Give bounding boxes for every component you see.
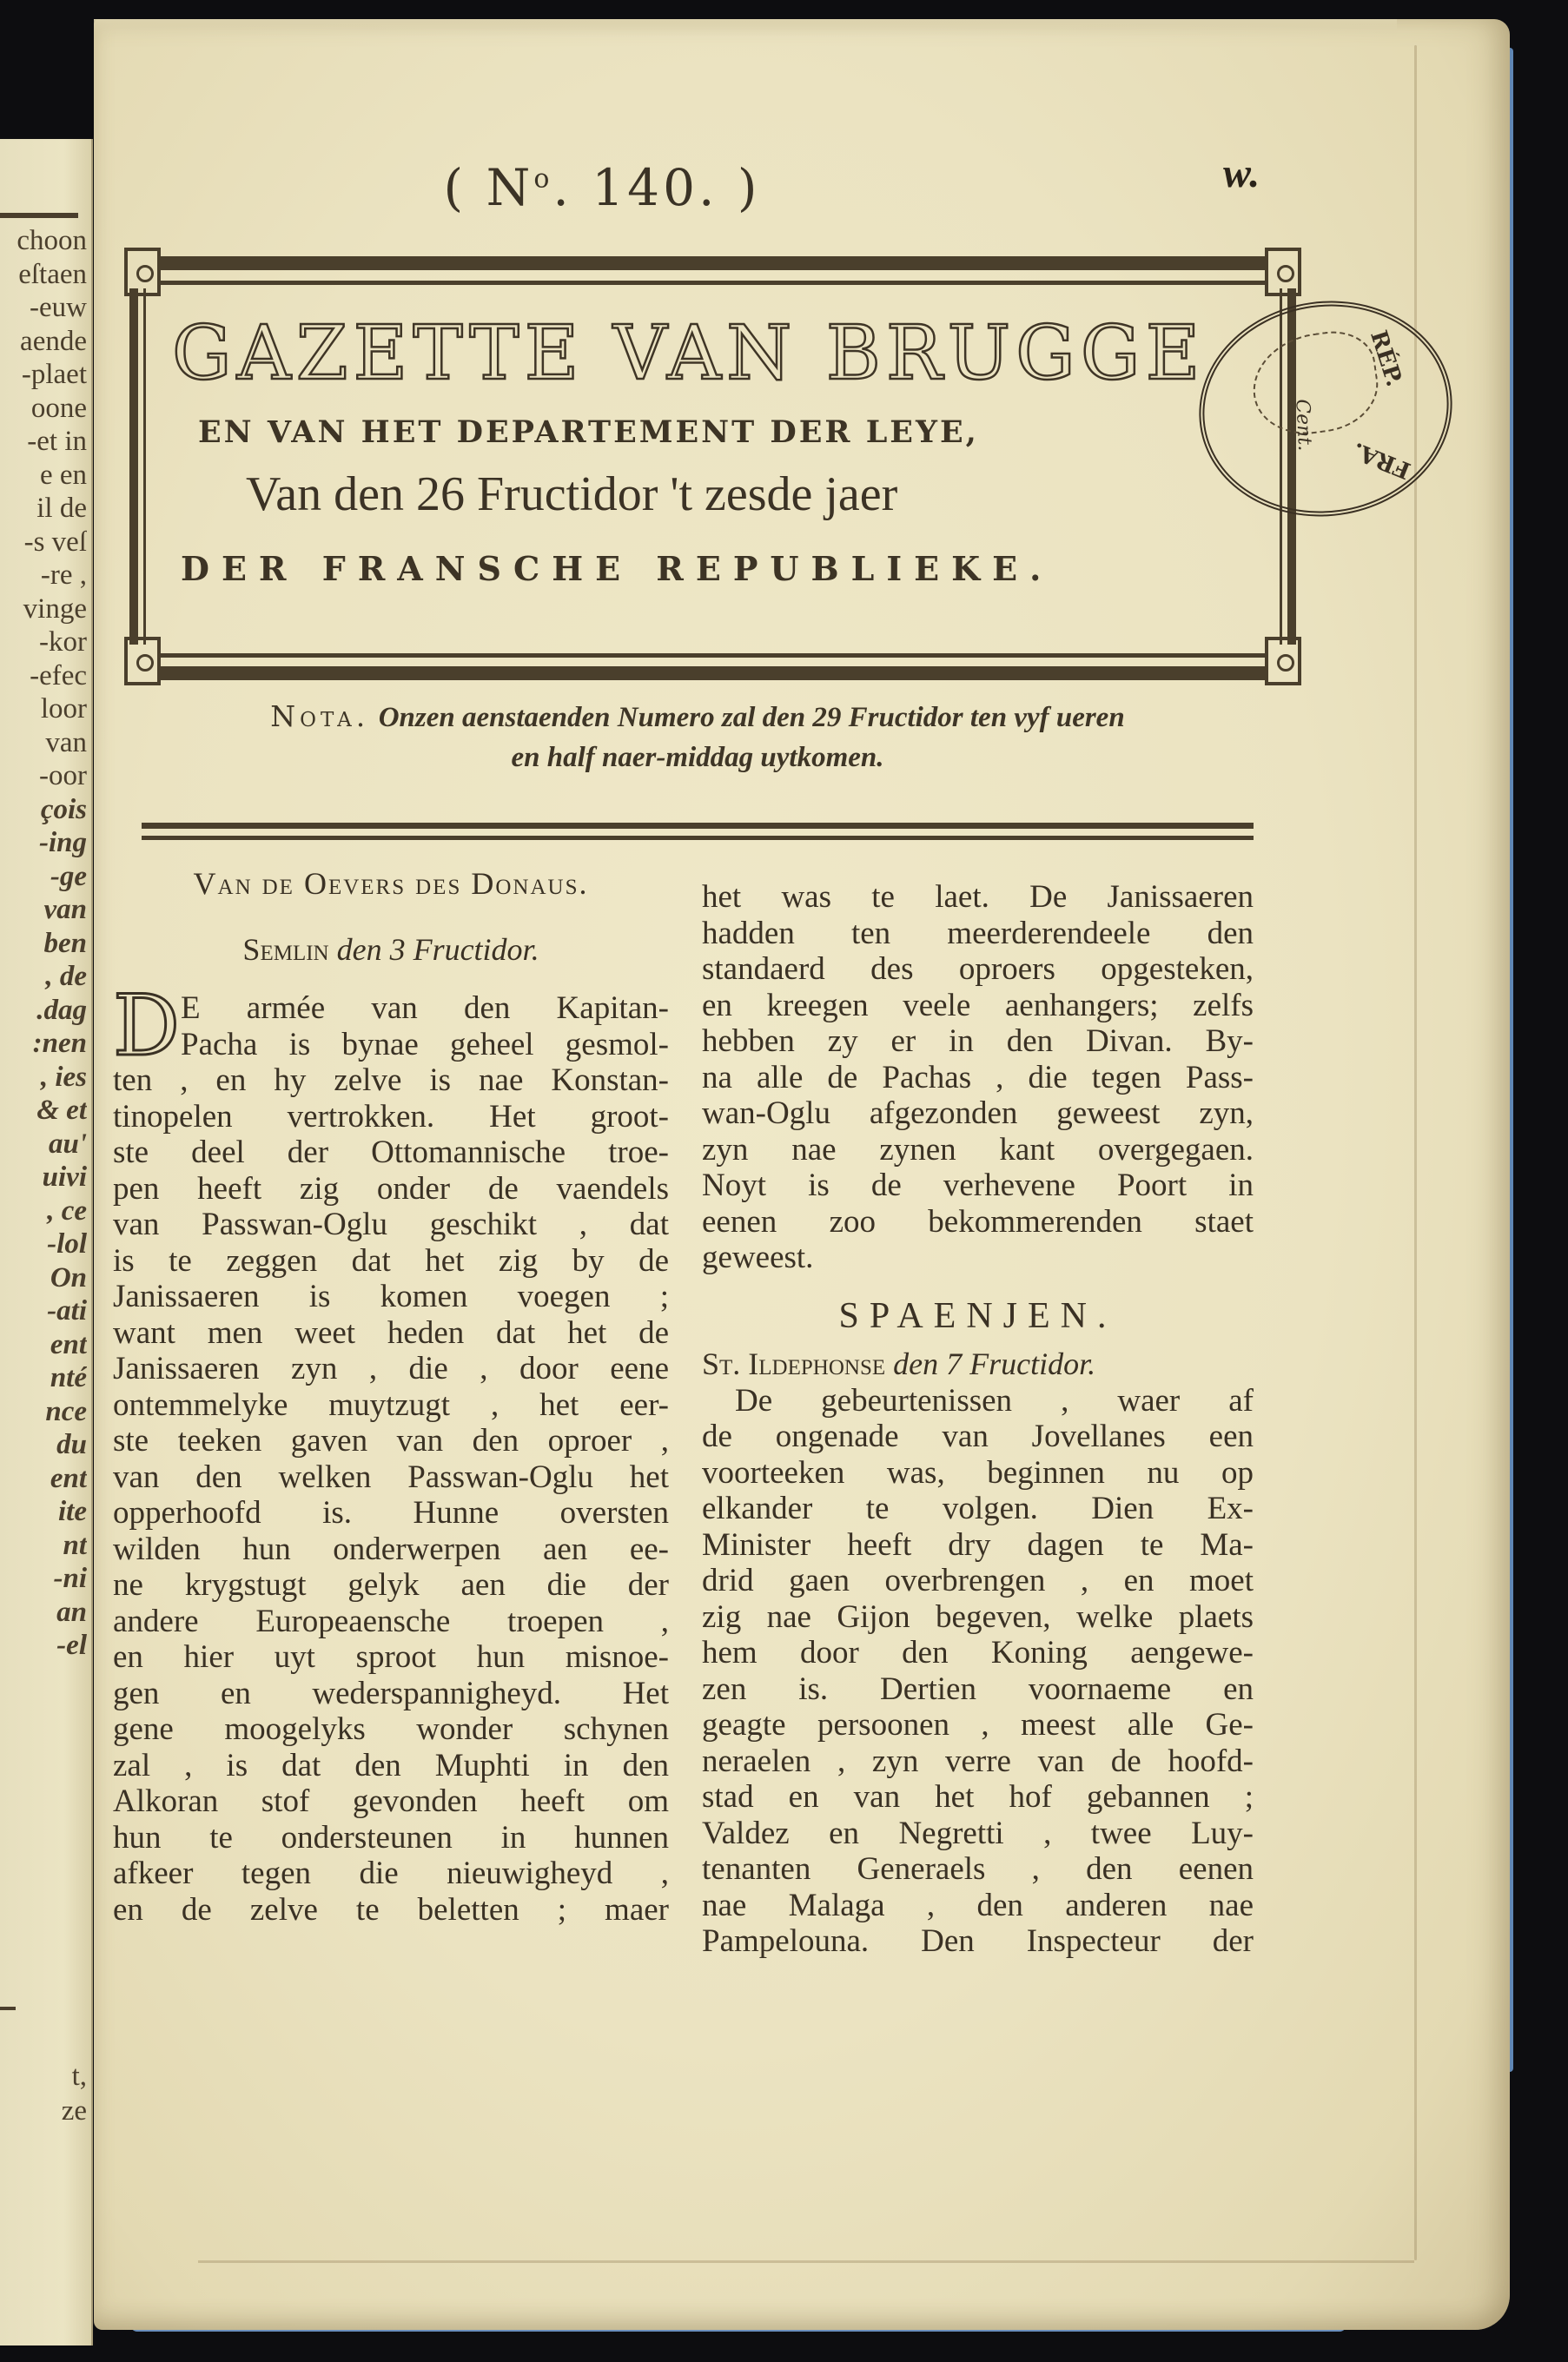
facing-page-tail-text: t, ze bbox=[0, 2059, 87, 2128]
text-line: gen en wederspannigheyd. Het bbox=[113, 1676, 669, 1712]
issue-number: ( No. 140. ) bbox=[94, 158, 1110, 217]
facing-page-line: ing- bbox=[0, 826, 87, 860]
corner-ornament-icon bbox=[1265, 248, 1301, 296]
facing-page-line: ati- bbox=[0, 1294, 87, 1328]
facing-page-line: ies , bbox=[0, 1061, 87, 1095]
frame-rule bbox=[159, 281, 1267, 285]
text-line: gene moogelyks wonder schynen bbox=[113, 1711, 669, 1748]
separator-rule bbox=[142, 836, 1254, 840]
facing-page-line: s veſ- bbox=[0, 526, 87, 559]
facing-page-line: oor- bbox=[0, 759, 87, 793]
frame-rule bbox=[159, 653, 1267, 658]
text-line: Noyt is de verhevene Poort in bbox=[702, 1168, 1254, 1204]
facing-page-line: loor bbox=[0, 692, 87, 726]
text-line: en kreegen veele aenhangers; zelfs bbox=[702, 988, 1254, 1024]
issue-date-line: Van den 26 Fructidor 't zesde jaer bbox=[246, 466, 897, 522]
facing-page-line: ent bbox=[0, 1328, 87, 1362]
facing-page-line: el- bbox=[0, 1629, 87, 1663]
facing-page-line: nen: bbox=[0, 1027, 87, 1061]
text-line: geweest. bbox=[702, 1240, 1254, 1276]
text-line: van den welken Passwan-Oglu het bbox=[113, 1459, 669, 1496]
text-line: en hier uyt sproot hun misnoe- bbox=[113, 1639, 669, 1676]
text-line: want men weet heden dat het de bbox=[113, 1315, 669, 1352]
facing-page-line: ent bbox=[0, 1462, 87, 1496]
text-line: na alle de Pachas , die tegen Pass- bbox=[702, 1060, 1254, 1096]
facing-page-line: nce bbox=[0, 1395, 87, 1429]
drop-cap: D bbox=[113, 990, 180, 1062]
nota-notice: Nota. Onzen aenstaenden Numero zal den 2… bbox=[146, 697, 1249, 777]
newspaper-title: GAZETTE VAN BRUGGE bbox=[172, 310, 1258, 397]
corner-ornament-icon bbox=[124, 248, 161, 296]
facing-page-line: çois bbox=[0, 793, 87, 827]
facing-page-line: eſtaen bbox=[0, 258, 87, 292]
separator-rule bbox=[142, 823, 1254, 829]
text-line: ste deel der Ottomannische troe- bbox=[113, 1135, 669, 1171]
facing-page-line: uivi bbox=[0, 1161, 87, 1194]
text-line: het was te laet. De Janissaeren bbox=[702, 879, 1254, 916]
text-line: Janissaeren zyn , die , door eene bbox=[113, 1351, 669, 1387]
text-line: stad en van het hof gebannen ; bbox=[702, 1779, 1254, 1816]
text-line: hebben zy er in den Divan. By- bbox=[702, 1023, 1254, 1060]
text-line: nae Malaga , den anderen nae bbox=[702, 1888, 1254, 1924]
facing-page-line: de , bbox=[0, 960, 87, 994]
facing-page-line: lol- bbox=[0, 1227, 87, 1261]
text-line: zig nae Gijon begeven, welke plaets bbox=[702, 1599, 1254, 1636]
text-line: Alkoran stof gevonden heeft om bbox=[113, 1783, 669, 1820]
facing-page-line: e en bbox=[0, 459, 87, 493]
text-line: Pampelouna. Den Inspecteur der bbox=[702, 1923, 1254, 1960]
frame-rule bbox=[159, 666, 1267, 680]
facing-page-line: nt bbox=[0, 1529, 87, 1563]
text-line: drid gaen overbrengen , en moet bbox=[702, 1563, 1254, 1599]
facing-page-line: kor- bbox=[0, 625, 87, 659]
facing-page-line: efec- bbox=[0, 659, 87, 693]
text-line: wan-Oglu afgezonden geweest zyn, bbox=[702, 1095, 1254, 1132]
text-line: ste teeken gaven van den oproer , bbox=[113, 1423, 669, 1459]
text-line: eenen zoo bekommerenden staet bbox=[702, 1204, 1254, 1241]
facing-page-line: , re- bbox=[0, 559, 87, 592]
newspaper-page: ( No. 140. ) w. GAZETTE VAN BRUGGE EN VA… bbox=[94, 19, 1510, 2330]
text-line: wilden hun onderwerpen aen ee- bbox=[113, 1532, 669, 1568]
text-line: zyn nae zynen kant overgegaen. bbox=[702, 1132, 1254, 1168]
text-line: Minister heeft dry dagen te Ma- bbox=[702, 1527, 1254, 1564]
facing-page-line: ce , bbox=[0, 1194, 87, 1228]
facing-page-line: van bbox=[0, 726, 87, 760]
facing-page-line: plaet- bbox=[0, 358, 87, 392]
corner-ornament-icon bbox=[124, 637, 161, 685]
text-line: voorteeken was, beginnen nu op bbox=[702, 1455, 1254, 1492]
text-line: de ongenade van Jovellanes een bbox=[702, 1419, 1254, 1455]
text-line: ontemmelyke muytzugt , het eer- bbox=[113, 1387, 669, 1424]
text-line: neraelen , zyn verre van de hoofd- bbox=[702, 1743, 1254, 1780]
text-line: hun te ondersteunen in hunnen bbox=[113, 1820, 669, 1856]
text-line: De gebeurtenissen , waer af bbox=[702, 1383, 1254, 1419]
article-opening: D E armée van den Kapitan- Pacha is byna… bbox=[113, 990, 669, 1062]
text-line: geagte persoonen , meest alle Ge- bbox=[702, 1707, 1254, 1743]
masthead-frame: GAZETTE VAN BRUGGE EN VAN HET DEPARTEMEN… bbox=[124, 241, 1301, 692]
article-body-spain: De gebeurtenissen , waer afde ongenade v… bbox=[702, 1383, 1254, 1960]
text-line: van Passwan-Oglu geschikt , dat bbox=[113, 1207, 669, 1243]
department-subtitle: EN VAN HET DEPARTEMENT DER LEYE, bbox=[198, 414, 979, 450]
section-heading-danube: Van de Oevers des Donaus. bbox=[113, 866, 669, 903]
nota-label: Nota. bbox=[270, 699, 369, 733]
facing-page-line: ge- bbox=[0, 860, 87, 894]
facing-page-line: an bbox=[0, 1596, 87, 1630]
facing-page-line: et in- bbox=[0, 425, 87, 459]
text-line: zal , is dat den Muphti in den bbox=[113, 1748, 669, 1784]
facing-page-text: chooneſtaeneuw-aendeplaet-ooneet in-e en… bbox=[0, 224, 87, 1663]
text-line: tenanten Generaels , den eenen bbox=[702, 1851, 1254, 1888]
text-line: ten , en hy zelve is nae Konstan- bbox=[113, 1062, 669, 1099]
facing-page-line: nté bbox=[0, 1361, 87, 1395]
facing-page-line: aende bbox=[0, 325, 87, 359]
facing-page-rule bbox=[0, 213, 78, 218]
text-line: tinopelen vertrokken. Het groot- bbox=[113, 1099, 669, 1135]
dateline-semlin: Semlin den 3 Fructidor. bbox=[113, 932, 669, 969]
facing-page-line: ni- bbox=[0, 1562, 87, 1596]
article-column-left: Van de Oevers des Donaus. Semlin den 3 F… bbox=[113, 866, 669, 1928]
facing-page-line: van bbox=[0, 893, 87, 927]
facing-page-line: On bbox=[0, 1261, 87, 1295]
text-line: afkeer tegen die nieuwigheyd , bbox=[113, 1856, 669, 1892]
facing-page-line: ite bbox=[0, 1495, 87, 1529]
republic-line: DER FRANSCHE REPUBLIEKE. bbox=[181, 549, 1053, 588]
facing-page-line: vinge bbox=[0, 592, 87, 626]
article-column-right: het was te laet. De Janissaerenhadden te… bbox=[702, 879, 1254, 1960]
text-line: zen is. Dertien voornaeme en bbox=[702, 1671, 1254, 1708]
facing-page-line: 'au bbox=[0, 1128, 87, 1161]
facing-page-fragment: chooneſtaeneuw-aendeplaet-ooneet in-e en… bbox=[0, 139, 93, 2345]
article-body-danube: ten , en hy zelve is nae Konstan-tinopel… bbox=[113, 1062, 669, 1928]
text-line: pen heeft zig onder de vaendels bbox=[113, 1171, 669, 1207]
facing-page-line: ben bbox=[0, 927, 87, 961]
facing-page-line: il de bbox=[0, 492, 87, 526]
text-line: is te zeggen dat het zig by de bbox=[113, 1243, 669, 1280]
facing-page-line: euw- bbox=[0, 291, 87, 325]
page-crease-bottom bbox=[198, 2260, 1414, 2263]
text-line: hadden ten meerderendeele den bbox=[702, 916, 1254, 952]
text-line: Valdez en Negretti , twee Luy- bbox=[702, 1816, 1254, 1852]
facing-page-dash bbox=[0, 2007, 16, 2010]
frame-rule bbox=[159, 256, 1267, 270]
text-line: en de zelve te beletten ; maer bbox=[113, 1892, 669, 1929]
text-line: hem door den Koning aengewe- bbox=[702, 1635, 1254, 1671]
facing-page-line: dag. bbox=[0, 994, 87, 1028]
facing-page-line: oone bbox=[0, 392, 87, 426]
facing-page-line: et & bbox=[0, 1094, 87, 1128]
text-line: ne krygstugt gelyk aen die der bbox=[113, 1567, 669, 1604]
handwritten-ink-mark: w. bbox=[1223, 149, 1260, 197]
text-line: andere Europeaensche troepen , bbox=[113, 1604, 669, 1640]
text-line: standaerd des oproers opgesteken, bbox=[702, 951, 1254, 988]
section-heading-spain: SPAENJEN. bbox=[702, 1299, 1254, 1335]
facing-page-line: du bbox=[0, 1428, 87, 1462]
text-line: opperhoofd is. Hunne oversten bbox=[113, 1495, 669, 1532]
article-body-danube-continued: het was te laet. De Janissaerenhadden te… bbox=[702, 879, 1254, 1276]
text-line: elkander te volgen. Dien Ex- bbox=[702, 1491, 1254, 1527]
facing-page-line: choon bbox=[0, 224, 87, 258]
eagle-figure-icon bbox=[1247, 326, 1384, 441]
corner-ornament-icon bbox=[1265, 637, 1301, 685]
text-line: Janissaeren is komen voegen ; bbox=[113, 1279, 669, 1315]
dateline-ildephonse: St. Ildephonse den 7 Fructidor. bbox=[702, 1346, 1254, 1383]
